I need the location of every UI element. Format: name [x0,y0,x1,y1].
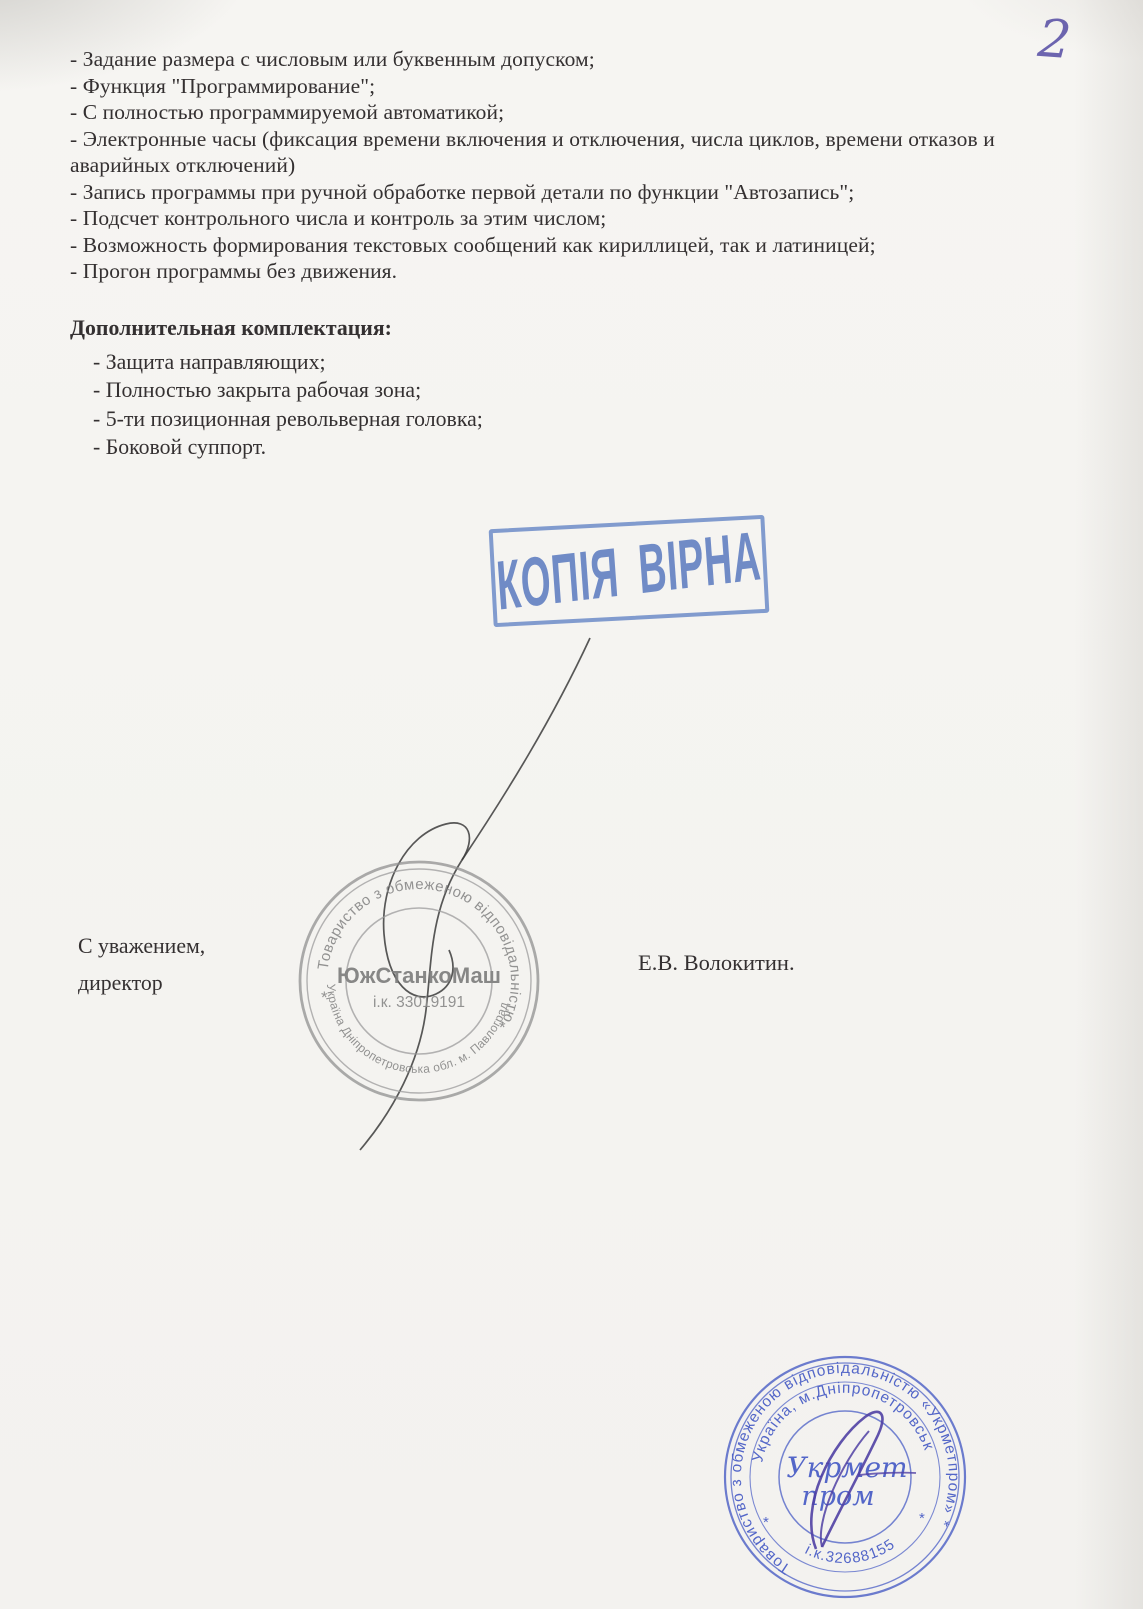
closing-block: С уважением, директор [78,928,205,1002]
feature-item: - Электронные часы (фиксация времени вкл… [70,126,1082,179]
seal-center-name-line1: Укрмет [786,1451,907,1484]
seal-inner-bottom-text: і.к.32688155 [801,1535,899,1570]
extras-item: - Защита направляющих; [93,348,970,377]
feature-item: - Запись программы при ручной обработке … [70,179,1082,206]
svg-text:і.к.32688155: і.к.32688155 [801,1535,899,1570]
seal-star-left: * [763,1514,769,1531]
extras-item: - Боковой суппорт. [93,433,970,462]
extras-section: Дополнительная комплектация: - Защита на… [70,314,970,462]
ukrmetprom-seal: Товариство з обмеженою відповідальністю … [719,1351,971,1603]
feature-item: - Прогон программы без движения. [70,258,1082,285]
extras-list: - Защита направляющих; - Полностью закры… [70,348,970,462]
closing-salutation: С уважением, [78,928,205,965]
extras-item: - Полностью закрыта рабочая зона; [93,376,970,405]
seal-star-right: * [919,1510,925,1527]
feature-item: - С полностью программируемой автоматико… [70,99,1082,126]
feature-item: - Подсчет контрольного числа и контроль … [70,205,1082,232]
seal-star-right: * [499,1018,506,1037]
scanned-letter-page: 2 - Задание размера с числовым или букве… [0,0,1143,1609]
seal-company-name: ЮжСтанкоМаш [337,963,501,988]
closing-role: директор [78,965,205,1002]
feature-item: - Функция "Программирование"; [70,73,1082,100]
seal-star-left: * [321,988,328,1007]
feature-item: - Возможность формирования текстовых соо… [70,232,1082,259]
seal-company-code: і.к. 33019191 [373,994,465,1011]
extras-item: - 5-ти позиционная револьверная головка; [93,405,970,434]
extras-heading: Дополнительная комплектация: [70,314,970,343]
yuzhstankomash-seal: Товариство з обмеженою відповідальністю … [283,845,555,1117]
feature-list: - Задание размера с числовым или буквенн… [70,46,1082,285]
feature-item: - Задание размера с числовым или буквенн… [70,46,1082,73]
signer-name: Е.В. Волокитин. [638,950,795,976]
